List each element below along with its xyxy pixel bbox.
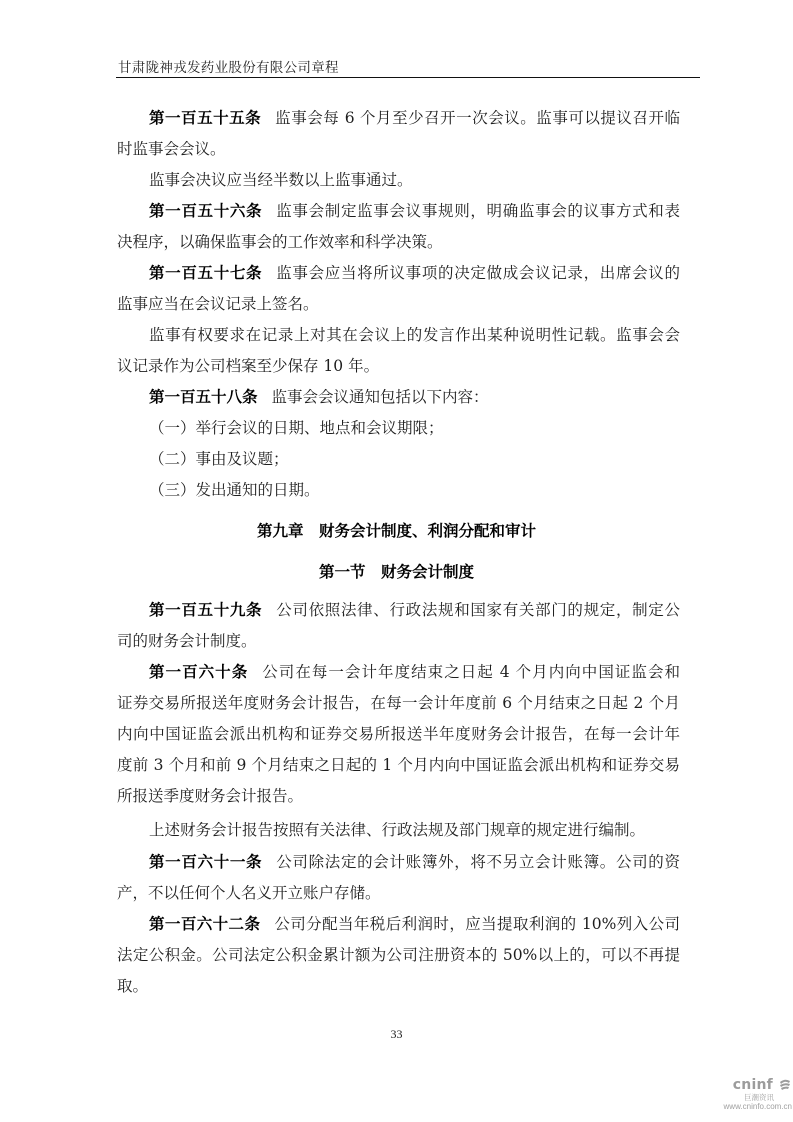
list-item-2: （二）事由及议题； xyxy=(149,449,680,469)
cninfo-swirl-icon xyxy=(778,1078,792,1091)
watermark-chinese-name: 巨潮资讯 xyxy=(708,1093,774,1102)
article-161-line-2: 产，不以任何个人名义开立账户存储。 xyxy=(117,883,680,903)
paragraph-line: 上述财务会计报告按照有关法律、行政法规及部门规章的规定进行编制。 xyxy=(149,820,680,840)
article-160-line-5: 所报送季度财务会计报告。 xyxy=(117,786,680,806)
page-number: 33 xyxy=(0,1027,793,1042)
article-number: 第一百五十九条 xyxy=(149,601,262,619)
article-156-line-2: 决程序，以确保监事会的工作效率和科学决策。 xyxy=(117,232,680,252)
article-157-line-2: 监事应当在会议记录上签名。 xyxy=(117,294,680,314)
cninfo-watermark: cninf 巨潮资讯 www.cninfo.com.cn xyxy=(708,1077,792,1111)
article-161-line-1: 第一百六十一条公司除法定的会计账簿外，将不另立会计账簿。公司的资 xyxy=(149,852,680,872)
chapter-heading: 第九章 财务会计制度、利润分配和审计 xyxy=(0,519,793,541)
article-number: 第一百五十八条 xyxy=(149,388,258,406)
article-160-line-1: 第一百六十条公司在每一会计年度结束之日起 4 个月内向中国证监会和 xyxy=(149,662,680,682)
article-155-line-2: 时监事会会议。 xyxy=(117,139,680,159)
article-number: 第一百五十七条 xyxy=(149,264,262,282)
header-divider xyxy=(116,77,700,78)
article-160-line-4: 度前 3 个月和前 9 个月结束之日起的 1 个月内向中国证监会派出机构和证券交… xyxy=(117,755,680,775)
paragraph-line: 监事会决议应当经半数以上监事通过。 xyxy=(149,170,680,190)
article-156-line-1: 第一百五十六条监事会制定监事会议事规则，明确监事会的议事方式和表 xyxy=(149,201,680,221)
article-159-line-1: 第一百五十九条公司依照法律、行政法规和国家有关部门的规定，制定公 xyxy=(149,600,680,620)
watermark-logo: cninf xyxy=(708,1077,792,1093)
article-162-line-1: 第一百六十二条公司分配当年税后利润时，应当提取利润的 10%列入公司 xyxy=(149,914,680,934)
article-number: 第一百五十六条 xyxy=(149,202,262,220)
article-162-line-3: 取。 xyxy=(117,976,680,996)
document-page: 甘肃陇神戎发药业股份有限公司章程 第一百五十五条监事会每 6 个月至少召开一次会… xyxy=(0,0,793,1122)
article-157-line-1: 第一百五十七条监事会应当将所议事项的决定做成会议记录，出席会议的 xyxy=(149,263,680,283)
article-158-line-1: 第一百五十八条监事会会议通知包括以下内容： xyxy=(149,387,680,407)
watermark-logo-text: cninf xyxy=(733,1077,773,1093)
article-number: 第一百六十条 xyxy=(149,663,248,681)
article-160-line-2: 证券交易所报送年度财务会计报告，在每一会计年度前 6 个月结束之日起 2 个月 xyxy=(117,693,680,713)
article-number: 第一百六十二条 xyxy=(149,915,260,933)
article-162-line-2: 法定公积金。公司法定公积金累计额为公司注册资本的 50%以上的，可以不再提 xyxy=(117,945,680,965)
list-item-1: （一）举行会议的日期、地点和会议期限； xyxy=(149,418,680,438)
document-header-title: 甘肃陇神戎发药业股份有限公司章程 xyxy=(118,56,339,76)
section-heading: 第一节 财务会计制度 xyxy=(0,560,793,582)
article-160-line-3: 内向中国证监会派出机构和证券交易所报送半年度财务会计报告，在每一会计年 xyxy=(117,724,680,744)
paragraph-line: 议记录作为公司档案至少保存 10 年。 xyxy=(117,356,680,376)
paragraph-line: 监事有权要求在记录上对其在会议上的发言作出某种说明性记载。监事会会 xyxy=(149,325,680,345)
article-155-line-1: 第一百五十五条监事会每 6 个月至少召开一次会议。监事可以提议召开临 xyxy=(149,108,680,128)
list-item-3: （三）发出通知的日期。 xyxy=(149,480,680,500)
article-number: 第一百五十五条 xyxy=(149,109,261,127)
article-number: 第一百六十一条 xyxy=(149,853,262,871)
watermark-url: www.cninfo.com.cn xyxy=(708,1102,792,1111)
article-159-line-2: 司的财务会计制度。 xyxy=(117,631,680,651)
